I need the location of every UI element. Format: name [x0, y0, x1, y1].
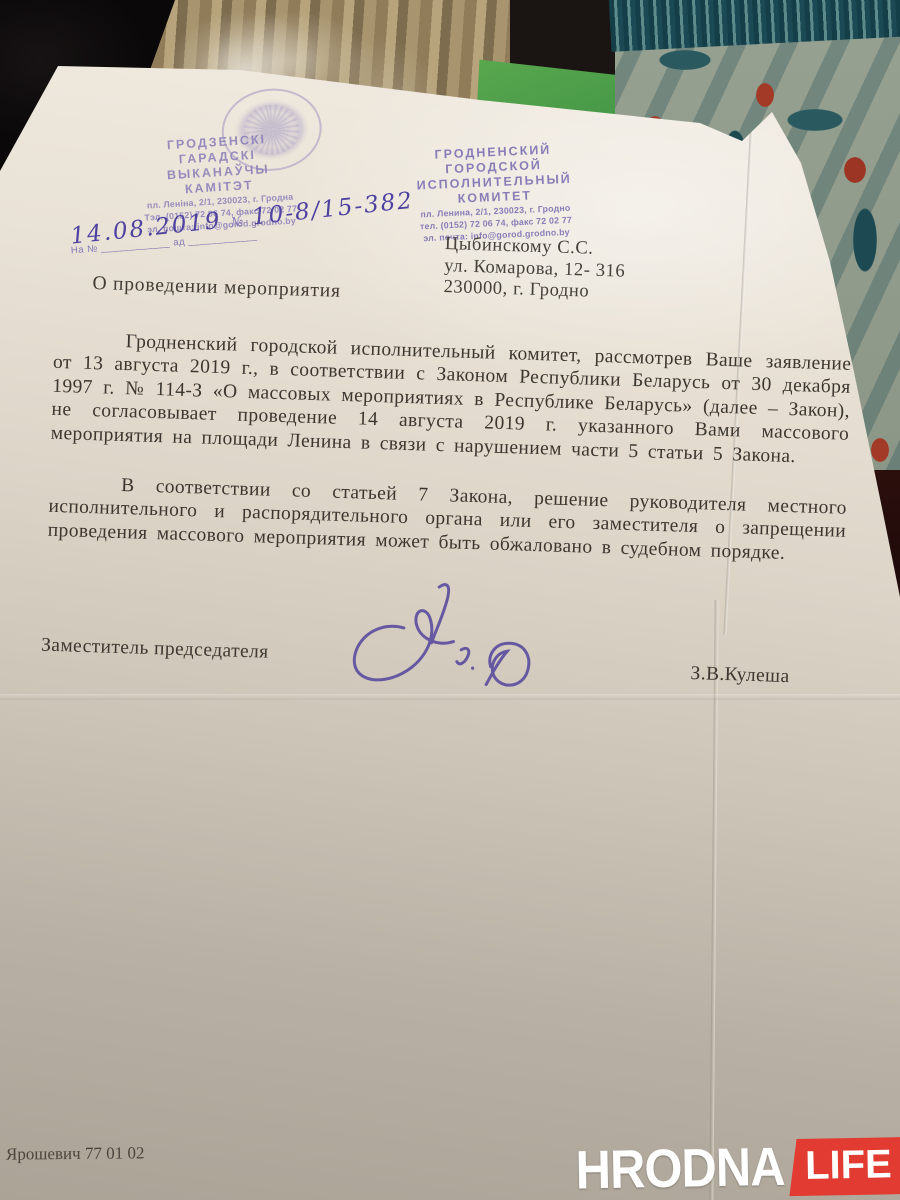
- hrodna-life-watermark: HRODNA LIFE: [569, 1135, 900, 1200]
- letter-sheet: ГРОДЗЕНСКІ ГАРАДСКІ ВЫКАНАЎЧЫ КАМІТЭТ пл…: [0, 0, 900, 1200]
- executor-line: Ярошевич 77 01 02: [6, 1143, 145, 1164]
- watermark-life-badge: LIFE: [790, 1136, 900, 1195]
- signer-name: З.В.Кулеша: [690, 663, 790, 688]
- fold-crease: [709, 600, 718, 1200]
- body-paragraph-1: Гродненский городской исполнительный ком…: [50, 328, 851, 470]
- number-sign: №: [230, 215, 244, 231]
- signer-position: Заместитель председателя: [41, 635, 269, 664]
- watermark-life-text: LIFE: [805, 1142, 892, 1189]
- watermark-hrodna-text: HRODNA: [575, 1136, 785, 1200]
- photo-of-letter: ГРОДЗЕНСКІ ГАРАДСКІ ВЫКАНАЎЧЫ КАМІТЭТ пл…: [0, 0, 900, 1200]
- signature-block: Заместитель председателя З.В.Кулеша: [42, 625, 842, 650]
- recipient-address: Цыбинскому С.С. ул. Комарова, 12- 316 23…: [443, 234, 626, 304]
- subject-line: О проведении мероприятия: [92, 273, 341, 303]
- signature-autograph: [339, 576, 573, 713]
- body-paragraph-2: В соответствии со статьей 7 Закона, реше…: [47, 472, 847, 567]
